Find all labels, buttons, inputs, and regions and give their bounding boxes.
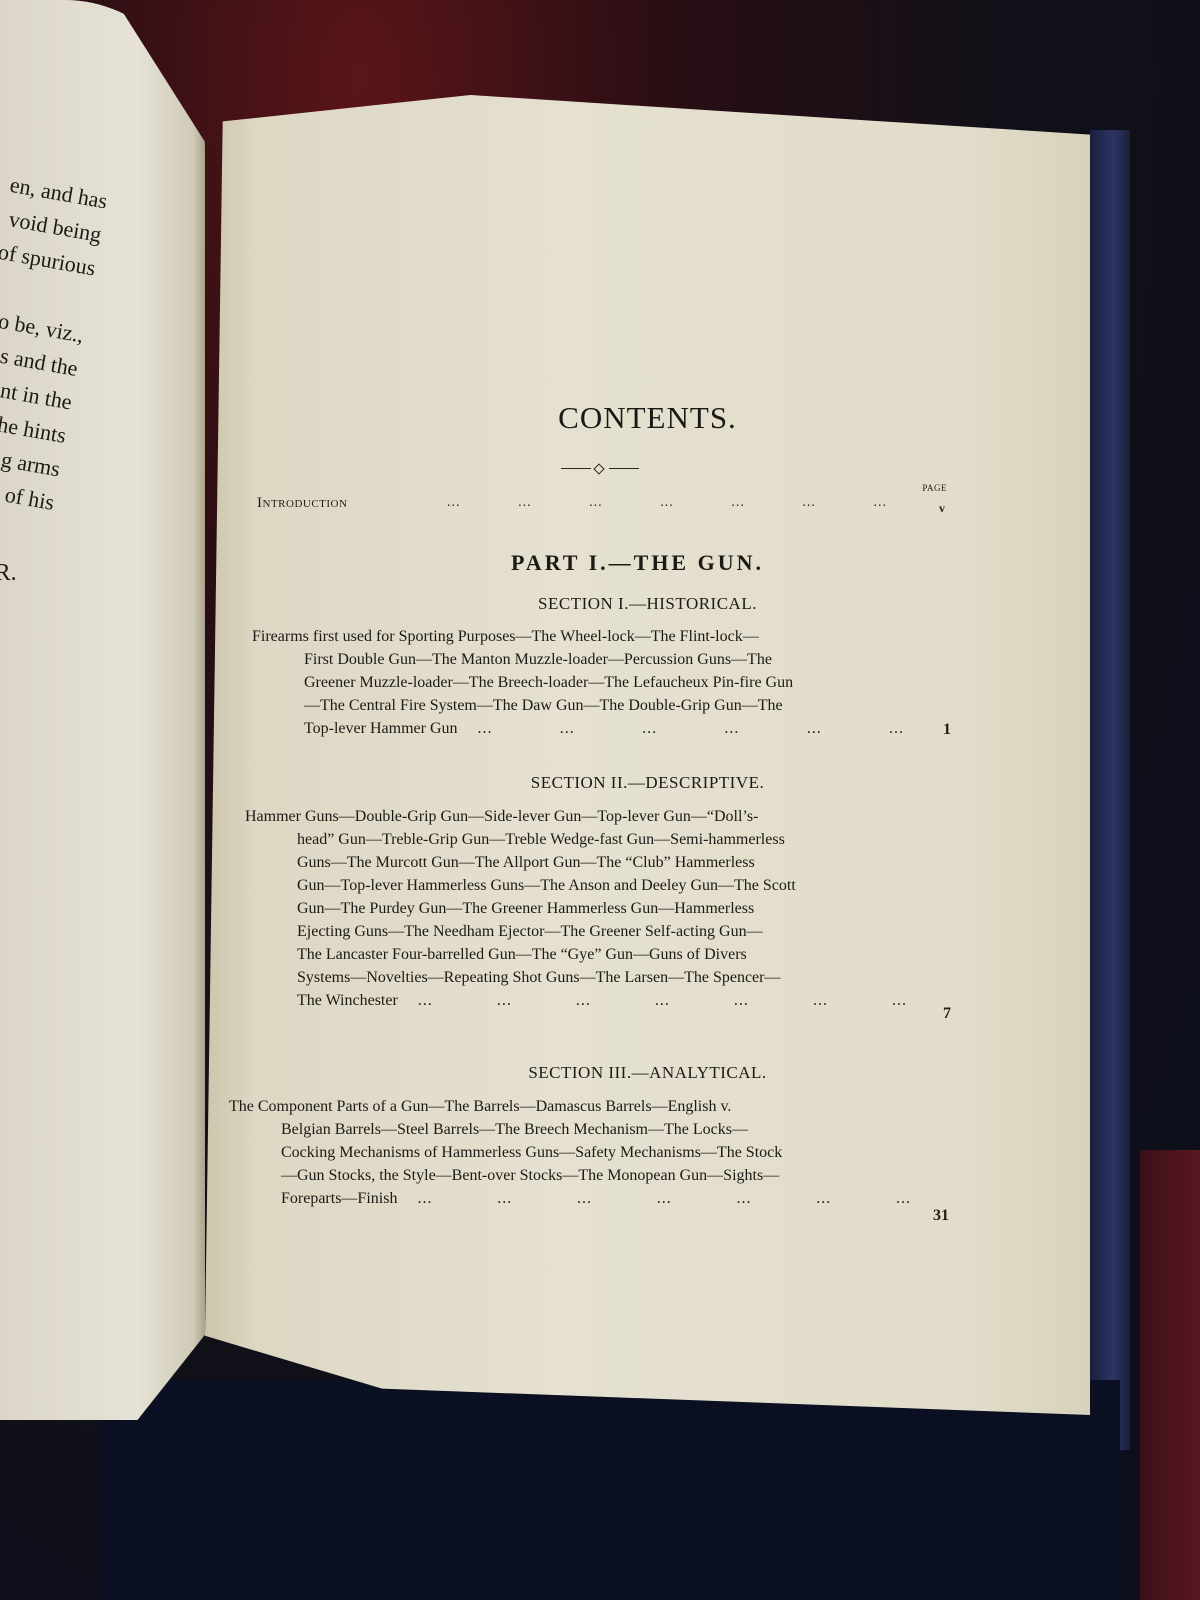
entry-line: Guns—The Murcott Gun—The Allport Gun—The… — [297, 851, 905, 874]
dot-leader: .................. — [478, 717, 905, 740]
toc-entry-section-1: Firearms first used for Sporting Purpose… — [252, 625, 902, 740]
entry-line: Gun—Top-lever Hammerless Guns—The Anson … — [297, 874, 905, 897]
entry-line: head” Gun—Treble-Grip Gun—Treble Wedge-f… — [297, 828, 905, 851]
left-page: en, and has void being of spurious o be,… — [0, 0, 205, 1420]
contents-page: CONTENTS. PAGE Introduction ............… — [205, 95, 1090, 1415]
entry-line: Systems—Novelties—Repeating Shot Guns—Th… — [297, 966, 905, 989]
section-heading: SECTION II.—DESCRIPTIVE. — [205, 773, 1090, 793]
part-heading: PART I.—THE GUN. — [195, 550, 1080, 576]
entry-line: Firearms first used for Sporting Purpose… — [252, 625, 902, 648]
entry-line: The Component Parts of a Gun—The Barrels… — [229, 1095, 909, 1118]
entry-line: Ejecting Guns—The Needham Ejector—The Gr… — [297, 920, 905, 943]
page-number: 7 — [943, 1005, 951, 1023]
entry-line: The Lancaster Four-barrelled Gun—The “Gy… — [297, 943, 905, 966]
entry-last-line: Top-lever Hammer Gun .................. — [304, 717, 904, 740]
book-cover-edge — [1090, 130, 1130, 1450]
section-heading: SECTION I.—HISTORICAL. — [205, 594, 1090, 614]
entry-last-line: The Winchester ..................... — [297, 989, 907, 1012]
entry-last-line: Foreparts—Finish ..................... — [281, 1187, 911, 1210]
page-number: 31 — [933, 1207, 949, 1225]
ornament-divider — [561, 464, 639, 474]
entry-line: First Double Gun—The Manton Muzzle-loade… — [304, 648, 902, 671]
entry-line: Cocking Mechanisms of Hammerless Guns—Sa… — [281, 1141, 909, 1164]
left-signature-fragment: ER. — [0, 560, 17, 587]
dot-leader: ..................... — [417, 1187, 911, 1210]
entry-line: Belgian Barrels—Steel Barrels—The Breech… — [281, 1118, 909, 1141]
book-cover-bottom — [100, 1380, 1120, 1600]
dot-leader: ..................... — [447, 495, 887, 511]
entry-line: Gun—The Purdey Gun—The Greener Hammerles… — [297, 897, 905, 920]
toc-entry-section-3: The Component Parts of a Gun—The Barrels… — [229, 1095, 909, 1210]
entry-line: Hammer Guns—Double-Grip Gun—Side-lever G… — [245, 805, 905, 828]
entry-line: —The Central Fire System—The Daw Gun—The… — [304, 694, 902, 717]
entry-line: —Gun Stocks, the Style—Bent-over Stocks—… — [281, 1164, 909, 1187]
section-heading: SECTION III.—ANALYTICAL. — [205, 1063, 1090, 1083]
background-fabric — [1140, 1150, 1200, 1600]
page-column-header: PAGE — [922, 483, 947, 493]
page-number: v — [939, 501, 945, 516]
page-title: CONTENTS. — [205, 400, 1090, 436]
left-page-text: en, and has void being of spurious o be,… — [0, 162, 110, 519]
dot-leader: ..................... — [418, 989, 907, 1012]
toc-entry-section-2: Hammer Guns—Double-Grip Gun—Side-lever G… — [245, 805, 905, 1012]
page-number: 1 — [943, 721, 951, 739]
toc-entry-label: Introduction — [257, 495, 347, 512]
entry-line: Greener Muzzle-loader—The Breech-loader—… — [304, 671, 902, 694]
